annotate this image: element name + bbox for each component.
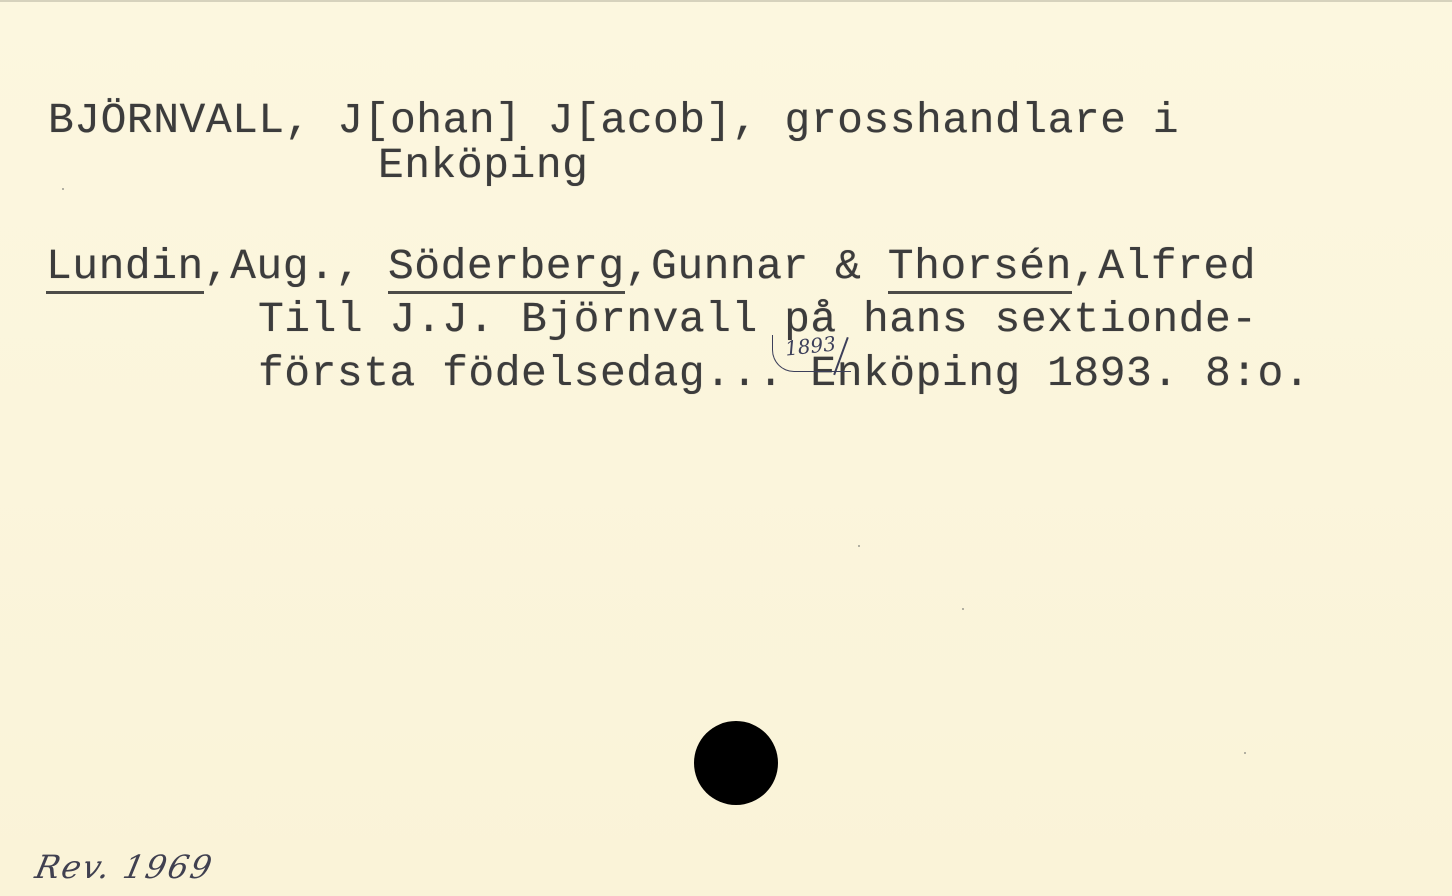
heading-surname: BJÖRNVALL,	[48, 96, 311, 145]
revision-note: Rev. 1969	[32, 848, 217, 886]
author-2-surname: Söderberg	[388, 245, 625, 288]
paper-speck	[858, 545, 860, 547]
heading-given-names: J[ohan] J[acob], grosshandlare i	[311, 96, 1179, 145]
author-3-surname: Thorsén	[888, 245, 1072, 288]
title-line-1: Till J.J. Björnvall på hans sextionde-	[258, 298, 1258, 341]
author-2-given: ,Gunnar &	[625, 242, 888, 291]
paper-speck	[962, 608, 964, 610]
heading-line-2: Enköping	[378, 144, 588, 187]
paper-speck	[62, 188, 64, 190]
author-1-surname: Lundin	[46, 245, 204, 288]
author-3-given: ,Alfred	[1072, 242, 1256, 291]
punch-hole	[694, 721, 778, 805]
authors-line: Lundin,Aug., Söderberg,Gunnar & Thorsén,…	[46, 245, 1256, 288]
heading-line-1: BJÖRNVALL, J[ohan] J[acob], grosshandlar…	[48, 99, 1179, 142]
author-1-given: ,Aug.,	[204, 242, 388, 291]
catalog-card: BJÖRNVALL, J[ohan] J[acob], grosshandlar…	[0, 0, 1452, 896]
paper-speck	[1244, 752, 1246, 754]
